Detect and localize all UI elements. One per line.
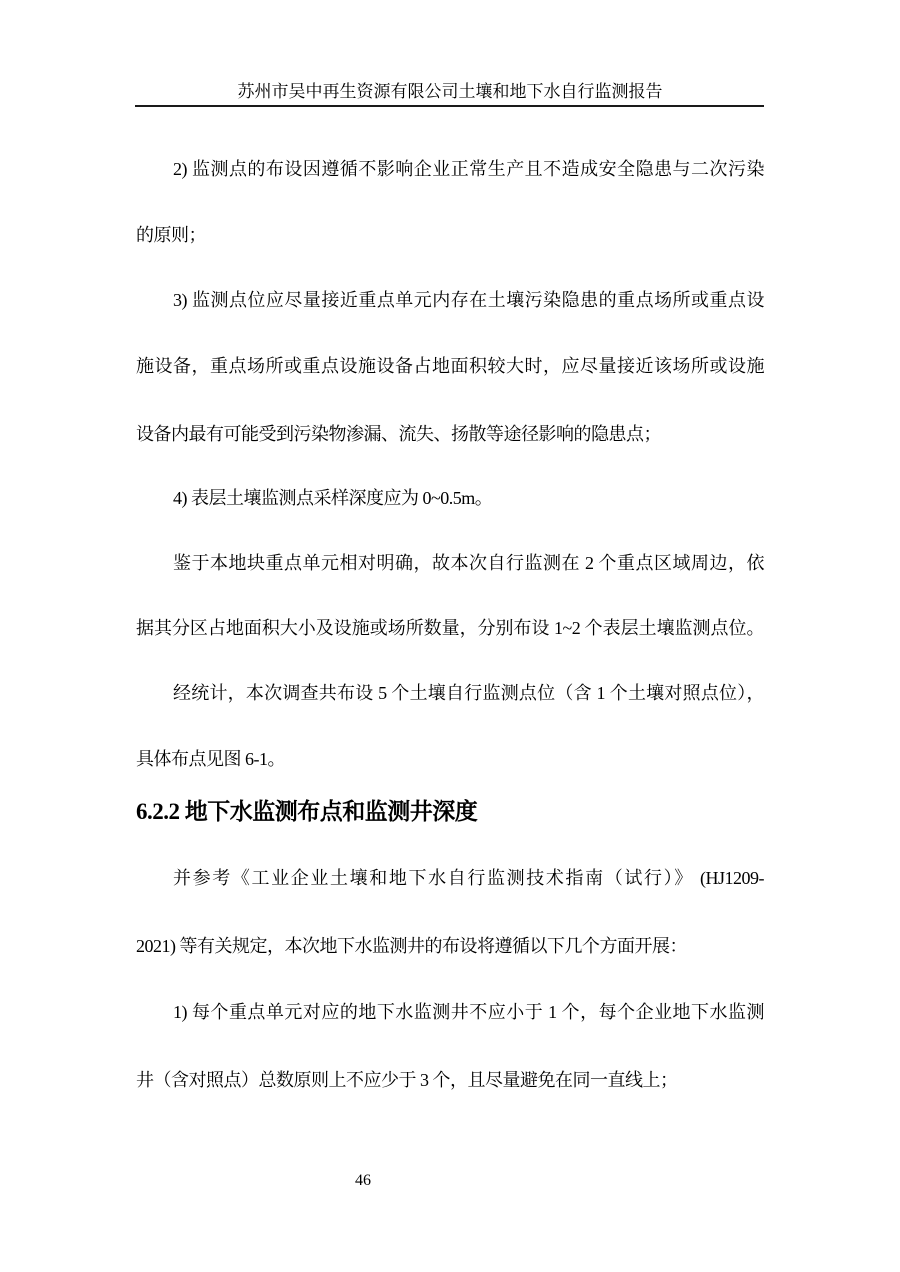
body-line: 2021) 等有关规定，本次地下水监测井的布设将遵循以下几个方面开展： [136,934,764,958]
page-number: 46 [338,1171,388,1191]
body-line: 据其分区占地面积大小及设施或场所数量，分别布设 1~2 个表层土壤监测点位。 [136,616,764,640]
body-line: 1) 每个重点单元对应的地下水监测井不应小于 1 个，每个企业地下水监测 [136,1000,764,1024]
body-line: 具体布点见图 6-1。 [136,747,764,771]
body-line: 鉴于本地块重点单元相对明确，故本次自行监测在 2 个重点区域周边，依 [136,551,764,575]
body-line: 并参考《工业企业土壤和地下水自行监测技术指南（试行）》 (HJ1209- [136,866,764,890]
body-line: 井（含对照点）总数原则上不应少于 3 个，且尽量避免在同一直线上； [136,1068,764,1092]
body-line: 3) 监测点位应尽量接近重点单元内存在土壤污染隐患的重点场所或重点设 [136,288,764,312]
page-header-title: 苏州市吴中再生资源有限公司土壤和地下水自行监测报告 [136,81,764,102]
header-rule [135,105,764,107]
document-page: 苏州市吴中再生资源有限公司土壤和地下水自行监测报告 2) 监测点的布设因遵循不影… [0,0,900,1272]
body-line: 的原则； [136,223,764,247]
body-line: 设备内最有可能受到污染物渗漏、流失、扬散等途径影响的隐患点； [136,422,764,446]
body-line: 2) 监测点的布设因遵循不影响企业正常生产且不造成安全隐患与二次污染 [136,157,764,181]
section-heading: 6.2.2 地下水监测布点和监测井深度 [136,797,764,827]
body-line: 经统计，本次调查共布设 5 个土壤自行监测点位（含 1 个土壤对照点位）， [136,681,764,705]
body-line: 施设备，重点场所或重点设施设备占地面积较大时，应尽量接近该场所或设施 [136,354,764,378]
body-line: 4) 表层土壤监测点采样深度应为 0~0.5m。 [136,486,764,510]
